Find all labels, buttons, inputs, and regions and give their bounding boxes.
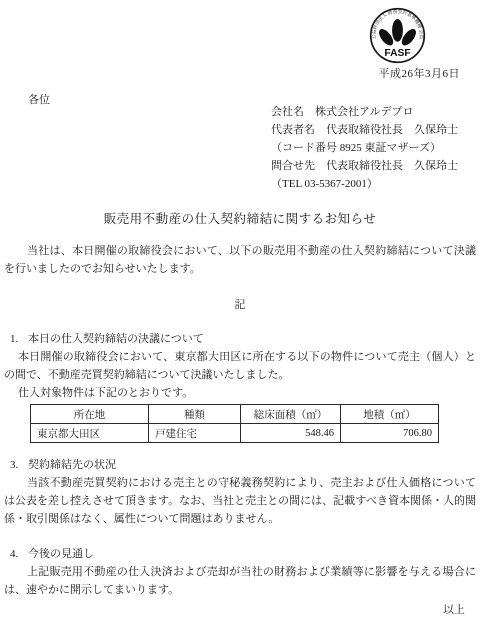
sender-representative-line: 代表者名 代表取締役社長 久保玲士 <box>271 121 458 139</box>
sender-contact-line: 問合せ先 代表取締役社長 久保玲士 <box>271 157 458 175</box>
fasf-logo-graphic: 公益財団法人 財務会計基準機構 会員 FASF <box>369 7 426 64</box>
section-paragraph: 本日開催の取締役会において、東京都大田区に所在する以下の物件について売主（個人）… <box>4 348 476 384</box>
cell-location: 東京都大田区 <box>31 424 149 443</box>
fasf-member-seal-icon: 公益財団法人 財務会計基準機構 会員 FASF <box>369 7 426 64</box>
logo-acronym: FASF <box>384 48 410 59</box>
table-header-row: 所在地 種類 総床面積（㎡） 地積（㎡） <box>31 405 439 424</box>
section-paragraph: 当該不動産売買契約における売主との守秘義務契約により、売主および仕入価格について… <box>4 474 476 528</box>
recipient: 各位 <box>28 91 50 107</box>
section-counterparty-status: 3.契約締結先の状況 当該不動産売買契約における売主との守秘義務契約により、売主… <box>4 456 476 528</box>
sender-stock-code-line: （コード番号 8925 東証マザーズ） <box>271 139 458 157</box>
section-heading: 4.今後の見通し <box>4 545 476 563</box>
section-number: 4. <box>10 545 28 563</box>
header-location: 所在地 <box>31 405 149 424</box>
sender-company-line: 会社名 株式会社アルデプロ <box>271 103 458 121</box>
record-mark: 記 <box>0 296 480 312</box>
cell-floor-area: 548.46 <box>241 424 341 443</box>
header-land-area: 地積（㎡） <box>341 405 439 424</box>
document-date: 平成26年3月6日 <box>379 65 461 81</box>
section-heading-text: 本日の仕入契約締結の決議について <box>28 333 204 345</box>
closing-mark: 以上 <box>443 601 465 617</box>
section-purchase-resolution: 1.本日の仕入契約締結の決議について 本日開催の取締役会において、東京都大田区に… <box>4 330 476 402</box>
section-number: 3. <box>10 456 28 474</box>
section-number: 1. <box>10 330 28 348</box>
section-heading-text: 今後の見通し <box>28 548 94 560</box>
cell-type: 戸建住宅 <box>149 424 241 443</box>
section-heading: 3.契約締結先の状況 <box>4 456 476 474</box>
header-floor-area: 総床面積（㎡） <box>241 405 341 424</box>
document-title: 販売用不動産の仕入契約締結に関するお知らせ <box>0 209 480 227</box>
section-heading-text: 契約締結先の状況 <box>28 459 116 471</box>
table-row: 東京都大田区 戸建住宅 548.46 706.80 <box>31 424 439 443</box>
sender-info: 会社名 株式会社アルデプロ 代表者名 代表取締役社長 久保玲士 （コード番号 8… <box>271 103 458 193</box>
property-table: 所在地 種類 総床面積（㎡） 地積（㎡） 東京都大田区 戸建住宅 548.46 … <box>30 404 439 443</box>
section-future-outlook: 4.今後の見通し 上記販売用不動産の仕入決済および売却が当社の財務および業績等に… <box>4 545 476 599</box>
section-paragraph: 仕入対象物件は下記のとおりです。 <box>4 384 476 402</box>
press-release-document: 公益財団法人 財務会計基準機構 会員 FASF 平成26年3月6日 各位 会社名… <box>0 0 480 635</box>
header-type: 種類 <box>149 405 241 424</box>
section-paragraph: 上記販売用不動産の仕入決済および売却が当社の財務および業績等に影響を与える場合に… <box>4 563 476 599</box>
cell-land-area: 706.80 <box>341 424 439 443</box>
sender-tel-line: （TEL 03-5367-2001） <box>271 175 458 193</box>
section-heading: 1.本日の仕入契約締結の決議について <box>4 330 476 348</box>
intro-paragraph: 当社は、本日開催の取締役会において、以下の販売用不動産の仕入契約締結について決議… <box>4 242 476 278</box>
